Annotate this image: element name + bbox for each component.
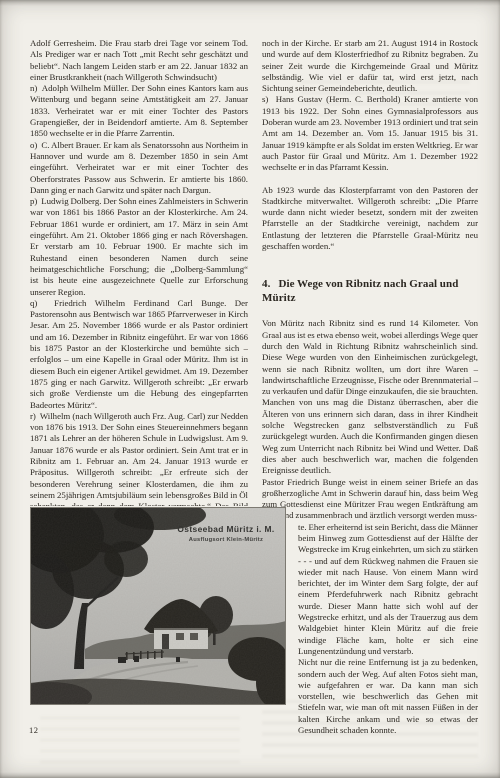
paragraph-alte-fotos: Nicht nur die reine Entfernung ist ja zu… bbox=[298, 657, 478, 736]
paragraph-wege: Von Müritz nach Ribnitz sind es rund 14 … bbox=[262, 318, 478, 476]
paragraph-klosterpfarramt: Ab 1923 wurde das Klosterpfarramt von de… bbox=[262, 185, 478, 253]
paragraph-dolberg: p) Ludwig Dolberg. Der Sohn eines Zahlme… bbox=[30, 196, 248, 298]
paragraph-gerresheim: Adolf Gerresheim. Die Frau starb drei Ta… bbox=[30, 38, 248, 83]
paragraph-bunge-brief-1: Pastor Friedrich Bunge weist in einem se… bbox=[262, 477, 478, 522]
paragraph-bunge-brief-2: te. Eher erheiternd ist sein Bericht, da… bbox=[298, 522, 478, 658]
postcard-photo: Ostseebad Müritz i. M. Ausflugsort Klein… bbox=[30, 507, 286, 705]
page-number: 12 bbox=[29, 725, 39, 735]
scan-edge-top bbox=[0, 0, 500, 6]
section-heading: 4.Die Wege von Ribnitz nach Graal und Mü… bbox=[262, 277, 478, 305]
paragraph-zur-nedden: r) Wilhelm (nach Willgeroth auch Frz. Au… bbox=[30, 411, 248, 506]
paragraph-kraner: s) Hans Gustav (Herm. C. Berthold) Krane… bbox=[262, 94, 478, 173]
film-grain-overlay bbox=[30, 507, 286, 705]
paragraph-bunge-carl: q) Friedrich Wilhelm Ferdinand Carl Bung… bbox=[30, 298, 248, 411]
section-title: Die Wege von Ribnitz nach Graal und Müri… bbox=[262, 278, 458, 304]
scanned-book-page: Adolf Gerresheim. Die Frau starb drei Ta… bbox=[0, 0, 500, 778]
right-text-column: noch in der Kirche. Er starb am 21. Augu… bbox=[262, 38, 478, 736]
paragraph-kirche: noch in der Kirche. Er starb am 21. Augu… bbox=[262, 38, 478, 94]
scan-edge-bottom bbox=[0, 772, 500, 778]
show-through-artifact bbox=[40, 716, 240, 764]
paragraph-mueller: n) Adolph Wilhelm Müller. Der Sohn eines… bbox=[30, 83, 248, 139]
section-number: 4. bbox=[262, 278, 270, 290]
paragraph-brauer: o) C. Albert Brauer. Er kam als Senators… bbox=[30, 140, 248, 196]
postcard-illustration: Ostseebad Müritz i. M. Ausflugsort Klein… bbox=[30, 507, 286, 705]
left-text-column: Adolf Gerresheim. Die Frau starb drei Ta… bbox=[30, 38, 248, 506]
